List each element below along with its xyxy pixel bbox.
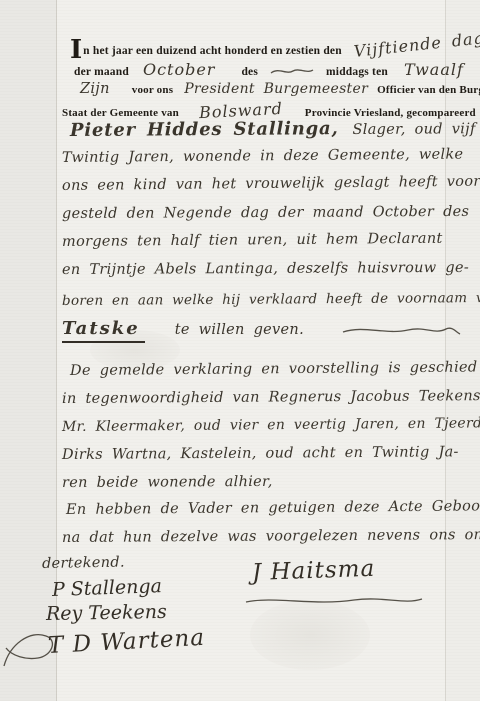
handwritten-text: boren en aan welke hij verklaard heeft d… [62,290,480,309]
handwritten-text: dertekend. [42,555,125,572]
printed-text: voor ons [132,84,173,96]
handwritten-text: ren beide wonende alhier, [62,474,273,491]
handwritten-word: Zijn [80,81,110,97]
body-line: boren en aan welke hij verklaard heeft d… [62,289,480,310]
witness-line: in tegenwoordigheid van Regnerus Jacobus… [62,387,480,408]
witness-line: De gemelde verklaring en voorstelling is… [70,358,478,380]
handwritten-text: na dat hun dezelve was voorgelezen neven… [62,527,480,546]
scanned-birth-record-page: In het jaar een duizend acht honderd en … [0,0,480,701]
handwritten-text: En hebben de Vader en getuigen deze Acte… [66,498,480,518]
printed-text: Staat der Gemeente van [62,107,179,119]
witness-line: ren beide wonende alhier, [62,473,273,492]
body-line: Twintig Jaren, wonende in deze Gemeente,… [62,145,464,167]
handwritten-text: morgens ten half tien uren, uit hem Decl… [62,231,443,250]
printed-text: n het jaar een duizend acht honderd en z… [83,45,342,57]
handwritten-text: Slager, oud vijf en [352,121,480,138]
handwritten-text: ons een kind van het vrouwelijk geslagt … [62,174,480,194]
opening-line-2: der maand October des middags ten Twaalf… [74,60,480,80]
handwritten-text: Mr. Kleermaker, oud vier en veertig Jare… [62,415,480,435]
child-name: Tatske [62,318,145,343]
closing-line: na dat hun dezelve was voorgelezen neven… [62,526,480,547]
handwritten-hour: Twaalf [404,60,464,79]
signature-official: J Haitsma [252,556,376,586]
signature-witness-1: Rey Teekens [46,601,167,625]
handwritten-office: President Burgemeester [184,81,368,97]
witness-line: Dirks Wartna, Kastelein, oud acht en Twi… [62,443,459,464]
declarant-name: Pieter Hiddes Stallinga, [70,118,339,141]
opening-line-1: In het jaar een duizend acht honderd en … [70,33,480,59]
handwritten-text: in tegenwoordigheid van Regnerus Jacobus… [62,388,480,407]
closing-line: En hebben de Vader en getuigen deze Acte… [66,497,480,519]
handwritten-text: gesteld den Negende dag der maand Octobe… [62,204,469,222]
ink-flourish [270,66,314,76]
printed-text: middags ten [326,66,388,78]
handwritten-text: en Trijntje Abels Lantinga, deszelfs hui… [62,260,469,278]
declarant-line: Pieter Hiddes Stallinga, Slager, oud vij… [70,117,480,141]
printed-text: der maand [74,66,129,78]
body-line: ons een kind van het vrouwelijk geslagt … [62,173,480,195]
closing-line: dertekend. [42,554,125,573]
handwritten-text: De gemelde verklaring en voorstelling is… [70,359,478,379]
opening-line-3: Zijn voor ons President Burgemeester Off… [80,80,480,98]
body-line: en Trijntje Abels Lantinga, deszelfs hui… [62,259,469,279]
handwritten-month: October [143,60,216,79]
body-line: morgens ten half tien uren, uit hem Decl… [62,230,443,251]
signature-father: P Stallenga [52,575,163,601]
signature-underline-flourish [244,594,424,608]
handwritten-text: Twintig Jaren, wonende in deze Gemeente,… [62,146,464,166]
child-name-line: Tatske te willen geven. [62,318,462,339]
body-line: gesteld den Negende dag der maand Octobe… [62,203,469,223]
handwritten-day: Vijftiende dag [353,28,480,61]
paper-smudge [250,600,370,670]
printed-text: Officier van den Burgerlijken [377,84,480,96]
handwritten-text: Dirks Wartna, Kastelein, oud acht en Twi… [62,444,459,463]
handwritten-text: te willen geven. [175,322,304,338]
printed-text: des [241,66,258,78]
witness-line: Mr. Kleermaker, oud vier en veertig Jare… [62,414,480,436]
ink-flourish [342,322,462,338]
